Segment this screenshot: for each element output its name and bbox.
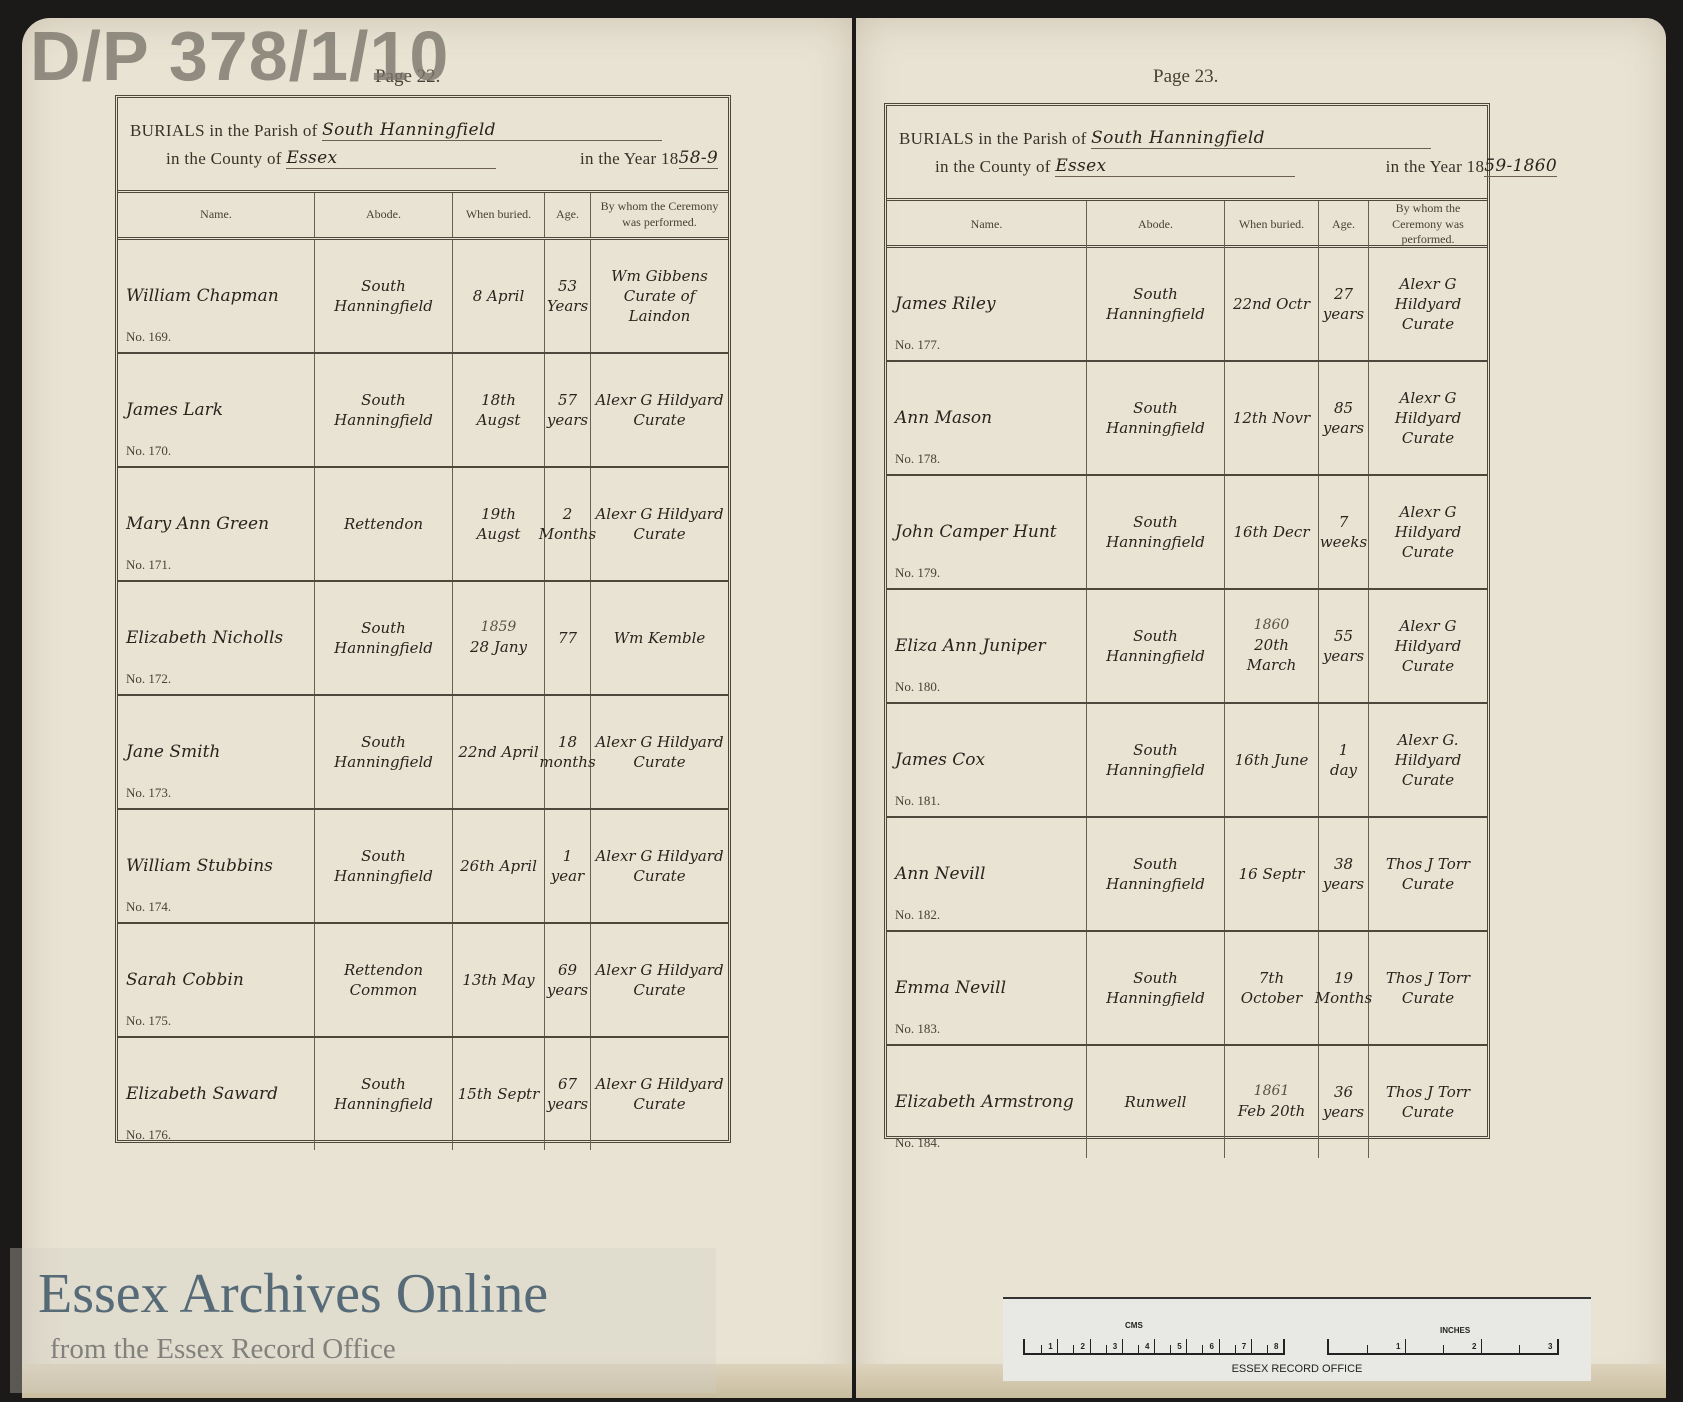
col-abode: Abode. <box>315 193 453 237</box>
ruler-number: 1 <box>1048 1342 1052 1351</box>
year-prefix: in the Year 18 <box>1386 157 1485 176</box>
table-row: Jane SmithNo. 173.South Hanningfield22nd… <box>118 696 728 810</box>
entry-year-note: 1860 <box>1254 616 1290 635</box>
entry-number: No. 169. <box>126 328 171 346</box>
entry-officiant: Alexr G Hildyard Curate <box>1369 476 1487 588</box>
ruler-number: 3 <box>1113 1342 1117 1351</box>
entry-age: 2 Months <box>545 468 591 580</box>
ruler-half-tick <box>1235 1345 1236 1353</box>
entry-number: No. 170. <box>126 442 171 460</box>
entry-abode: South Hanningfield <box>1087 248 1225 360</box>
ruler-half-tick <box>1367 1345 1368 1353</box>
year-field: 58-9 <box>679 148 718 169</box>
entry-officiant: Alexr G Hildyard Curate <box>591 924 728 1036</box>
entry-age: 18 months <box>545 696 591 808</box>
entry-when-cell: 16th June <box>1225 704 1319 816</box>
entry-name: William Chapman <box>126 285 279 308</box>
entry-when-cell: 18th Augst <box>453 354 545 466</box>
parish-field: South Hanningfield <box>322 120 662 141</box>
col-abode: Abode. <box>1087 201 1225 248</box>
ruler-tick <box>1481 1339 1482 1353</box>
entry-name-cell: Elizabeth NichollsNo. 172. <box>118 582 315 694</box>
entry-officiant: Alexr G Hildyard Curate <box>591 810 728 922</box>
ruler-number: 8 <box>1274 1342 1278 1351</box>
table-row: Mary Ann GreenNo. 171.Rettendon19th Augs… <box>118 468 728 582</box>
entry-age: 1 day <box>1319 704 1369 816</box>
ruler-tick <box>1057 1339 1058 1353</box>
entry-number: No. 180. <box>895 678 940 696</box>
entry-officiant: Alexr G Hildyard Curate <box>591 468 728 580</box>
cms-label: CMS <box>1125 1321 1143 1330</box>
ruler-half-tick <box>1443 1345 1444 1353</box>
ruler-half-tick <box>1138 1345 1139 1353</box>
entry-age: 7 weeks <box>1319 476 1369 588</box>
entry-name-cell: Emma NevillNo. 183. <box>887 932 1087 1044</box>
entry-when-cell: 7th October <box>1225 932 1319 1044</box>
col-name: Name. <box>118 193 315 237</box>
entry-officiant: Alexr G Hildyard Curate <box>1369 362 1487 474</box>
entry-number: No. 172. <box>126 670 171 688</box>
table-row: Elizabeth NichollsNo. 172.South Hanningf… <box>118 582 728 696</box>
entry-name-cell: James CoxNo. 181. <box>887 704 1087 816</box>
col-name: Name. <box>887 201 1087 248</box>
table-row: James LarkNo. 170.South Hanningfield18th… <box>118 354 728 468</box>
table-row: William StubbinsNo. 174.South Hanningfie… <box>118 810 728 924</box>
entry-abode: South Hanningfield <box>315 582 453 694</box>
col-when-buried: When buried. <box>1225 201 1319 248</box>
entry-abode: South Hanningfield <box>1087 362 1225 474</box>
entry-name-cell: Elizabeth SawardNo. 176. <box>118 1038 315 1150</box>
entry-when-buried: Feb 20th <box>1238 1101 1306 1121</box>
ruler-half-tick <box>1073 1345 1074 1353</box>
entry-officiant: Alexr G Hildyard Curate <box>1369 590 1487 702</box>
entry-when-cell: 22nd Octr <box>1225 248 1319 360</box>
entry-when-buried: 16 Septr <box>1239 864 1305 884</box>
entry-when-buried: 22nd April <box>458 742 538 762</box>
col-ceremony: By whom the Ceremony was performed. <box>591 193 728 237</box>
table-row: Emma NevillNo. 183.South Hanningfield7th… <box>887 932 1487 1046</box>
table-row: Ann MasonNo. 178.South Hanningfield12th … <box>887 362 1487 476</box>
entry-officiant: Alexr G. Hildyard Curate <box>1369 704 1487 816</box>
table-row: James CoxNo. 181.South Hanningfield16th … <box>887 704 1487 818</box>
entry-officiant: Thos J Torr Curate <box>1369 1046 1487 1158</box>
entry-when-cell: 19th Augst <box>453 468 545 580</box>
entry-name: Elizabeth Armstrong <box>895 1091 1074 1114</box>
entry-age: 53 Years <box>545 240 591 352</box>
ruler-half-tick <box>1170 1345 1171 1353</box>
ruler-half-tick <box>1041 1345 1042 1353</box>
entry-year-note: 1859 <box>481 618 517 637</box>
table-row: Sarah CobbinNo. 175.Rettendon Common13th… <box>118 924 728 1038</box>
burials-prefix: BURIALS in the Parish of <box>130 121 318 140</box>
entry-name-cell: Sarah CobbinNo. 175. <box>118 924 315 1036</box>
entry-abode: South Hanningfield <box>1087 932 1225 1044</box>
entry-age: 1 year <box>545 810 591 922</box>
entry-number: No. 174. <box>126 898 171 916</box>
entry-when-buried: 16th June <box>1235 750 1309 770</box>
ruler-half-tick <box>1519 1345 1520 1353</box>
watermark-title: Essex Archives Online <box>38 1262 548 1326</box>
burials-prefix: BURIALS in the Parish of <box>899 129 1087 148</box>
ruler-caption: ESSEX RECORD OFFICE <box>1003 1363 1591 1375</box>
entry-age: 69 years <box>545 924 591 1036</box>
entry-when-buried: 20th March <box>1229 635 1314 676</box>
entry-when-buried: 18th Augst <box>457 390 540 431</box>
left-burial-register: BURIALS in the Parish of South Hanningfi… <box>115 95 731 1143</box>
entry-number: No. 173. <box>126 784 171 802</box>
ruler-number: 7 <box>1242 1342 1246 1351</box>
right-page-number: Page 23. <box>1153 66 1218 88</box>
table-row: William ChapmanNo. 169.South Hanningfiel… <box>118 240 728 354</box>
ruler-tick <box>1090 1339 1091 1353</box>
cms-scale: 12345678 <box>1023 1339 1285 1355</box>
entry-when-cell: 8 April <box>453 240 545 352</box>
entry-when-cell: 13th May <box>453 924 545 1036</box>
ruler-number: 5 <box>1177 1342 1181 1351</box>
entry-name: Elizabeth Saward <box>126 1083 278 1106</box>
ruler-half-tick <box>1106 1345 1107 1353</box>
entry-name: Jane Smith <box>126 741 220 764</box>
entry-name: Emma Nevill <box>895 977 1006 1000</box>
document-reference: D/P 378/1/10 <box>30 16 449 96</box>
col-when-buried: When buried. <box>453 193 545 237</box>
entry-officiant: Alexr G Hildyard Curate <box>591 354 728 466</box>
entry-officiant: Thos J Torr Curate <box>1369 932 1487 1044</box>
entry-officiant: Thos J Torr Curate <box>1369 818 1487 930</box>
entry-when-cell: 22nd April <box>453 696 545 808</box>
table-row: Elizabeth SawardNo. 176.South Hanningfie… <box>118 1038 728 1150</box>
entry-year-note: 1861 <box>1254 1082 1290 1101</box>
entry-name: James Lark <box>126 399 223 422</box>
column-headers: Name. Abode. When buried. Age. By whom t… <box>887 201 1487 248</box>
entry-number: No. 175. <box>126 1012 171 1030</box>
entry-age: 38 years <box>1319 818 1369 930</box>
entry-name: James Riley <box>895 293 996 316</box>
entry-when-cell: 185928 Jany <box>453 582 545 694</box>
ruler-tick <box>1186 1339 1187 1353</box>
entry-name-cell: William StubbinsNo. 174. <box>118 810 315 922</box>
ruler-tick <box>1251 1339 1252 1353</box>
entry-name-cell: Elizabeth ArmstrongNo. 184. <box>887 1046 1087 1158</box>
entry-when-cell: 1861Feb 20th <box>1225 1046 1319 1158</box>
entry-officiant: Wm Kemble <box>591 582 728 694</box>
scale-ruler: CMS 12345678 INCHES 123 ESSEX RECORD OFF… <box>1003 1297 1591 1381</box>
entry-abode: South Hanningfield <box>315 1038 453 1150</box>
entry-when-buried: 26th April <box>460 856 537 876</box>
entry-officiant: Alexr G Hildyard Curate <box>591 1038 728 1150</box>
entry-name-cell: John Camper HuntNo. 179. <box>887 476 1087 588</box>
year-field: 59-1860 <box>1484 156 1557 177</box>
entry-abode: South Hanningfield <box>1087 590 1225 702</box>
entry-name-cell: Ann NevillNo. 182. <box>887 818 1087 930</box>
entry-number: No. 177. <box>895 336 940 354</box>
county-field: Essex <box>1055 156 1295 177</box>
entry-when-buried: 22nd Octr <box>1233 294 1310 314</box>
entry-name-cell: William ChapmanNo. 169. <box>118 240 315 352</box>
ruler-half-tick <box>1202 1345 1203 1353</box>
entry-abode: South Hanningfield <box>315 810 453 922</box>
table-row: James RileyNo. 177.South Hanningfield22n… <box>887 248 1487 362</box>
entry-when-cell: 15th Septr <box>453 1038 545 1150</box>
entry-abode: South Hanningfield <box>315 240 453 352</box>
table-row: Eliza Ann JuniperNo. 180.South Hanningfi… <box>887 590 1487 704</box>
entry-name-cell: Eliza Ann JuniperNo. 180. <box>887 590 1087 702</box>
ruler-tick <box>1122 1339 1123 1353</box>
inches-label: INCHES <box>1440 1326 1470 1335</box>
entry-age: 55 years <box>1319 590 1369 702</box>
entry-abode: Rettendon Common <box>315 924 453 1036</box>
entry-age: 36 years <box>1319 1046 1369 1158</box>
register-heading: BURIALS in the Parish of South Hanningfi… <box>118 98 728 193</box>
entry-number: No. 176. <box>126 1126 171 1144</box>
entry-number: No. 178. <box>895 450 940 468</box>
entry-when-buried: 13th May <box>462 970 534 990</box>
right-entries: James RileyNo. 177.South Hanningfield22n… <box>887 248 1487 1158</box>
watermark-subtitle: from the Essex Record Office <box>50 1333 396 1366</box>
table-row: John Camper HuntNo. 179.South Hanningfie… <box>887 476 1487 590</box>
entry-name: William Stubbins <box>126 855 273 878</box>
entry-officiant: Wm Gibbens Curate of Laindon <box>591 240 728 352</box>
entry-abode: South Hanningfield <box>1087 818 1225 930</box>
entry-number: No. 183. <box>895 1020 940 1038</box>
entry-abode: South Hanningfield <box>1087 704 1225 816</box>
entry-when-cell: 26th April <box>453 810 545 922</box>
register-heading: BURIALS in the Parish of South Hanningfi… <box>887 106 1487 201</box>
ruler-tick <box>1154 1339 1155 1353</box>
entry-name: Elizabeth Nicholls <box>126 627 283 650</box>
year-prefix: in the Year 18 <box>580 149 679 168</box>
entry-officiant: Alexr G Hildyard Curate <box>591 696 728 808</box>
entry-when-cell: 16th Decr <box>1225 476 1319 588</box>
entry-name: Sarah Cobbin <box>126 969 244 992</box>
ruler-tick <box>1283 1339 1284 1353</box>
ruler-half-tick <box>1267 1345 1268 1353</box>
ruler-tick <box>1219 1339 1220 1353</box>
entry-age: 27 years <box>1319 248 1369 360</box>
entry-number: No. 171. <box>126 556 171 574</box>
entry-when-cell: 16 Septr <box>1225 818 1319 930</box>
entry-name: Eliza Ann Juniper <box>895 635 1046 658</box>
entry-name: Mary Ann Green <box>126 513 269 536</box>
ruler-tick <box>1557 1339 1558 1353</box>
county-prefix: in the County of <box>166 149 282 168</box>
ruler-number: 2 <box>1081 1342 1085 1351</box>
left-entries: William ChapmanNo. 169.South Hanningfiel… <box>118 240 728 1150</box>
inches-scale: 123 <box>1327 1339 1559 1355</box>
entry-name: Ann Nevill <box>895 863 985 886</box>
entry-abode: Runwell <box>1087 1046 1225 1158</box>
ruler-number: 6 <box>1210 1342 1214 1351</box>
entry-when-cell: 12th Novr <box>1225 362 1319 474</box>
ruler-number: 2 <box>1472 1342 1476 1351</box>
ruler-number: 1 <box>1396 1342 1400 1351</box>
entry-name: John Camper Hunt <box>895 521 1057 544</box>
entry-when-buried: 16th Decr <box>1233 522 1309 542</box>
entry-name: James Cox <box>895 749 985 772</box>
ruler-number: 3 <box>1548 1342 1552 1351</box>
entry-when-buried: 19th Augst <box>457 504 540 545</box>
county-field: Essex <box>286 148 496 169</box>
entry-number: No. 179. <box>895 564 940 582</box>
entry-number: No. 184. <box>895 1134 940 1152</box>
entry-when-buried: 12th Novr <box>1233 408 1310 428</box>
ruler-number: 4 <box>1145 1342 1149 1351</box>
entry-when-buried: 28 Jany <box>470 637 527 657</box>
right-burial-register: BURIALS in the Parish of South Hanningfi… <box>884 103 1490 1139</box>
entry-age: 57 years <box>545 354 591 466</box>
entry-when-buried: 15th Septr <box>458 1084 540 1104</box>
entry-name-cell: Jane SmithNo. 173. <box>118 696 315 808</box>
entry-number: No. 182. <box>895 906 940 924</box>
entry-name-cell: James RileyNo. 177. <box>887 248 1087 360</box>
entry-abode: South Hanningfield <box>1087 476 1225 588</box>
entry-number: No. 181. <box>895 792 940 810</box>
column-headers: Name. Abode. When buried. Age. By whom t… <box>118 193 728 240</box>
entry-age: 67 years <box>545 1038 591 1150</box>
entry-age: 19 Months <box>1319 932 1369 1044</box>
entry-age: 77 <box>545 582 591 694</box>
ruler-tick <box>1405 1339 1406 1353</box>
table-row: Ann NevillNo. 182.South Hanningfield16 S… <box>887 818 1487 932</box>
parish-field: South Hanningfield <box>1091 128 1431 149</box>
county-prefix: in the County of <box>935 157 1051 176</box>
entry-name-cell: James LarkNo. 170. <box>118 354 315 466</box>
entry-name-cell: Mary Ann GreenNo. 171. <box>118 468 315 580</box>
entry-abode: South Hanningfield <box>315 696 453 808</box>
entry-name: Ann Mason <box>895 407 992 430</box>
entry-abode: South Hanningfield <box>315 354 453 466</box>
col-age: Age. <box>545 193 591 237</box>
table-row: Elizabeth ArmstrongNo. 184.Runwell1861Fe… <box>887 1046 1487 1158</box>
entry-when-buried: 8 April <box>473 286 525 306</box>
entry-abode: Rettendon <box>315 468 453 580</box>
col-age: Age. <box>1319 201 1369 248</box>
entry-when-buried: 7th October <box>1229 968 1314 1009</box>
entry-officiant: Alexr G Hildyard Curate <box>1369 248 1487 360</box>
entry-name-cell: Ann MasonNo. 178. <box>887 362 1087 474</box>
entry-when-cell: 186020th March <box>1225 590 1319 702</box>
col-ceremony: By whom the Ceremony was performed. <box>1369 201 1487 248</box>
entry-age: 85 years <box>1319 362 1369 474</box>
